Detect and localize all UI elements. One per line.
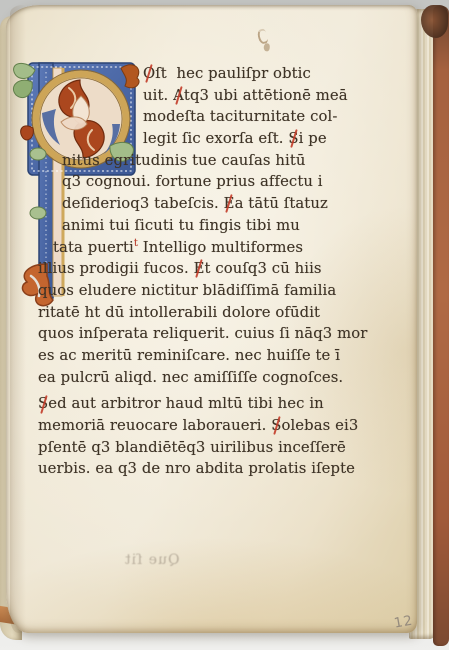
book-cover-edge — [433, 6, 449, 646]
text-line: Sed aut arbitror haud mltū tibi hec in — [38, 393, 372, 415]
text-line: ea pulcrū aliqd. nec amiſſiſſe cognoſces… — [38, 367, 372, 389]
text-line: memoriā reuocare laboraueri. Solebas ei3 — [38, 415, 372, 437]
text-line: uit. Atq3 ubi attētionē meā — [38, 85, 372, 107]
text-line: deſiderioq3 tabeſcis. Ea tātū ſtatuz — [38, 193, 372, 215]
photo-background: Oſt hec pauliſpr obticuit. Atq3 ubi attē… — [0, 0, 449, 650]
text-line: tata puertit Intelligo multiformes — [38, 237, 372, 259]
text-line: ritatē ht dū intollerabili dolore ofūdit — [38, 302, 372, 324]
text-line: illius prodigii fucos. Et couſq3 cū hiis — [38, 258, 372, 280]
text-line: q3 cognoui. fortune prius affectu i — [38, 171, 372, 193]
book-cover-corner — [421, 5, 448, 38]
manuscript-page: Oſt hec pauliſpr obticuit. Atq3 ubi attē… — [6, 5, 417, 633]
text-line: pſentē q3 blandiētēq3 uirilibus inceſſer… — [38, 437, 372, 459]
folio-number: 12 — [393, 612, 415, 631]
text-line: Oſt hec pauliſpr obtic — [38, 63, 372, 85]
text-line: quos eludere nictitur blādiſſimā familia — [38, 280, 372, 302]
text-line: uerbis. ea q3 de nro abdita prolatis iſe… — [38, 458, 372, 480]
text-line: es ac meritū reminiſcare. nec huiſſe te … — [38, 345, 372, 367]
text-line: legit ſic exorſa eſt. Si pe — [38, 128, 372, 150]
text-line: quos inſperata reliquerit. cuius ſi nāq3… — [38, 323, 372, 345]
text-line: modeſta taciturnitate col- — [38, 106, 372, 128]
stain-mark — [256, 28, 268, 45]
text-line: nitus egritudinis tue cauſas hitū — [38, 150, 372, 172]
text-line: animi tui ſicuti tu fingis tibi mu — [38, 215, 372, 237]
text-block: Oſt hec pauliſpr obticuit. Atq3 ubi attē… — [38, 63, 372, 480]
show-through-text: Que ſit — [124, 552, 180, 568]
